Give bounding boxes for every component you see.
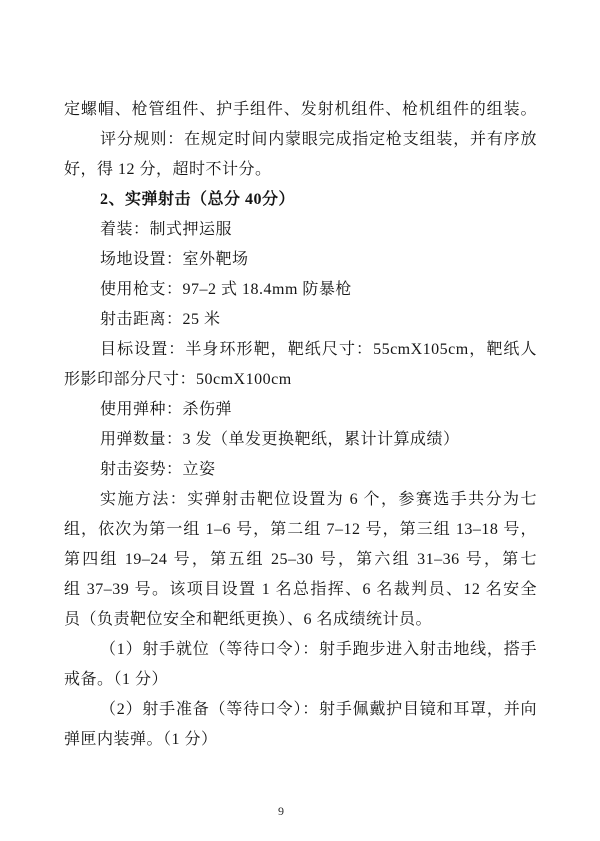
text-line: 形影印部分尺寸：50cmX100cm — [64, 365, 537, 395]
text-line: 场地设置：室外靶场 — [64, 245, 537, 275]
text-line: 2、实弹射击（总分 40分） — [64, 185, 537, 215]
text-line: 员（负责靶位安全和靶纸更换）、6 名成绩统计员。 — [64, 605, 537, 635]
text-line: 射击距离：25 米 — [64, 305, 537, 335]
text-line: 使用枪支：97–2 式 18.4mm 防暴枪 — [64, 275, 537, 305]
text-line: （1）射手就位（等待口令）：射手跑步进入射击地线，搭手 — [64, 635, 537, 665]
text-line: 目标设置：半身环形靶，靶纸尺寸：55cmX105cm，靶纸人 — [64, 335, 537, 365]
text-line: 射击姿势：立姿 — [64, 455, 537, 485]
text-line: 好，得 12 分，超时不计分。 — [64, 155, 537, 185]
text-line: 第四组 19–24 号，第五组 25–30 号，第六组 31–36 号，第七 — [64, 545, 537, 575]
text-line: 弹匣内装弹。（1 分） — [64, 725, 537, 755]
text-line: 组 37–39 号。该项目设置 1 名总指挥、6 名裁判员、12 名安全 — [64, 575, 537, 605]
text-body: 定螺帽、枪管组件、护手组件、发射机组件、枪机组件的组装。评分规则：在规定时间内蒙… — [64, 95, 537, 755]
text-line: 使用弹种：杀伤弹 — [64, 395, 537, 425]
text-line: 用弹数量：3 发（单发更换靶纸，累计计算成绩） — [64, 425, 537, 455]
page-number: 9 — [0, 803, 562, 819]
text-line: 组，依次为第一组 1–6 号，第二组 7–12 号，第三组 13–18 号， — [64, 515, 537, 545]
text-line: 评分规则：在规定时间内蒙眼完成指定枪支组装，并有序放 — [64, 125, 537, 155]
text-line: 戒备。（1 分） — [64, 665, 537, 695]
text-line: 着装：制式押运服 — [64, 215, 537, 245]
document-page: 定螺帽、枪管组件、护手组件、发射机组件、枪机组件的组装。评分规则：在规定时间内蒙… — [0, 0, 600, 841]
text-line: 定螺帽、枪管组件、护手组件、发射机组件、枪机组件的组装。 — [64, 95, 537, 125]
text-line: 实施方法：实弹射击靶位设置为 6 个，参赛选手共分为七 — [64, 485, 537, 515]
text-line: （2）射手准备（等待口令）：射手佩戴护目镜和耳罩，并向 — [64, 695, 537, 725]
